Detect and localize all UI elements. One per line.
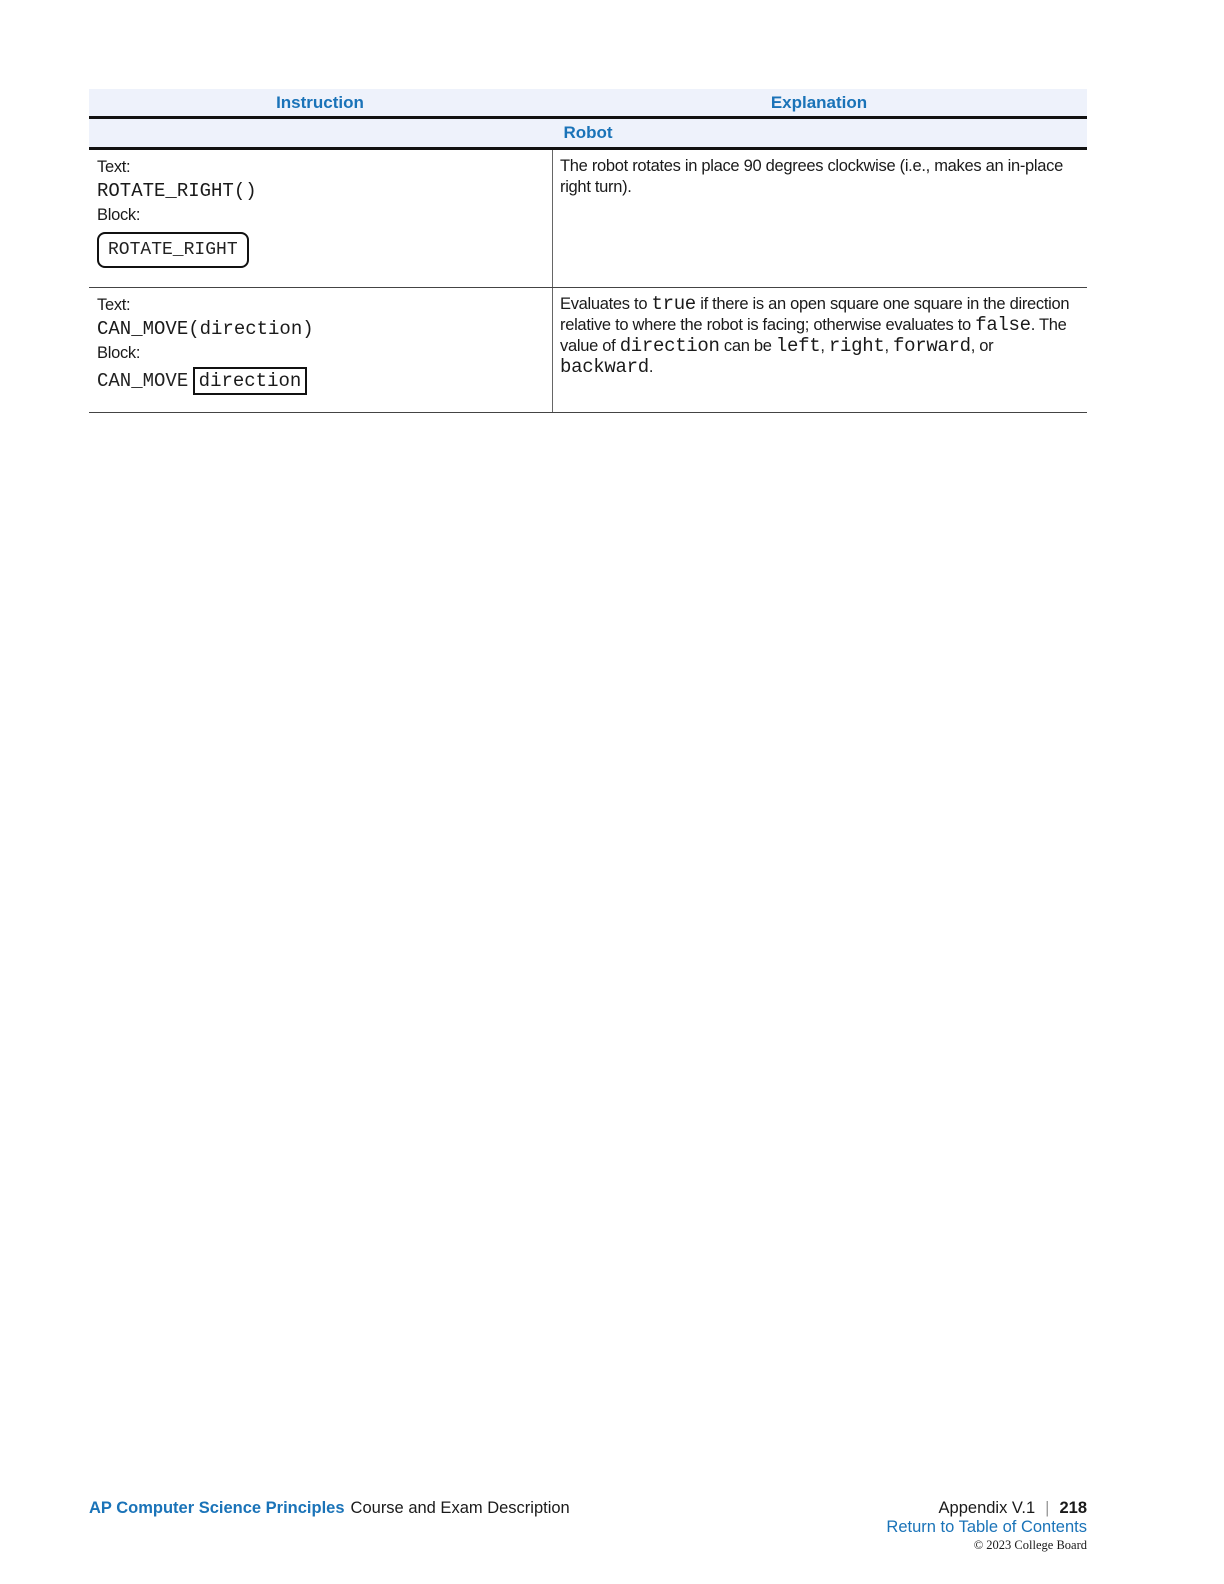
text: , (820, 337, 829, 355)
text: can be (720, 337, 776, 355)
header-instruction: Instruction (89, 93, 551, 113)
page-number: 218 (1059, 1499, 1087, 1517)
text-label: Text: (97, 157, 552, 177)
section-title: Robot (89, 119, 1087, 147)
text-code: ROTATE_RIGHT() (97, 177, 552, 205)
toc-link[interactable]: Return to Table of Contents (886, 1518, 1087, 1537)
code: direction (620, 335, 720, 357)
instruction-table: Instruction Explanation Robot Text: ROTA… (89, 89, 1087, 413)
explanation-cell: Evaluates to true if there is an open sq… (553, 288, 1087, 412)
code: backward (560, 356, 649, 378)
header-explanation: Explanation (551, 93, 1087, 113)
text-label: Text: (97, 295, 552, 315)
separator: | (1045, 1499, 1049, 1517)
text: , or (971, 337, 994, 355)
table-header: Instruction Explanation (89, 89, 1087, 116)
table-row: Text: ROTATE_RIGHT() Block: ROTATE_RIGHT… (89, 150, 1087, 288)
footer-title: AP Computer Science PrinciplesCourse and… (89, 1499, 570, 1518)
code: right (829, 335, 885, 357)
copyright: © 2023 College Board (886, 1537, 1087, 1553)
code: false (975, 314, 1031, 336)
code: forward (893, 335, 971, 357)
explanation-cell: The robot rotates in place 90 degrees cl… (553, 150, 1087, 287)
code-block: ROTATE_RIGHT (97, 232, 249, 268)
code-block: CAN_MOVE direction (97, 367, 552, 395)
table-row: Text: CAN_MOVE(direction) Block: CAN_MOV… (89, 288, 1087, 413)
block-name: CAN_MOVE (97, 370, 188, 392)
instruction-cell: Text: ROTATE_RIGHT() Block: ROTATE_RIGHT (89, 150, 553, 287)
text: . (649, 358, 653, 376)
text-code: CAN_MOVE(direction) (97, 315, 552, 343)
instruction-cell: Text: CAN_MOVE(direction) Block: CAN_MOV… (89, 288, 553, 412)
footer-brand: AP Computer Science Principles (89, 1499, 345, 1517)
block-param: direction (193, 367, 308, 395)
code: left (776, 335, 820, 357)
footer-subtitle: Course and Exam Description (351, 1499, 570, 1517)
text: , (884, 337, 893, 355)
code: true (652, 293, 696, 315)
block-label: Block: (97, 343, 552, 363)
appendix-label: Appendix V.1 (939, 1499, 1036, 1517)
block-label: Block: (97, 205, 552, 225)
text: Evaluates to (560, 295, 652, 313)
footer-meta: Appendix V.1|218 Return to Table of Cont… (886, 1499, 1087, 1553)
